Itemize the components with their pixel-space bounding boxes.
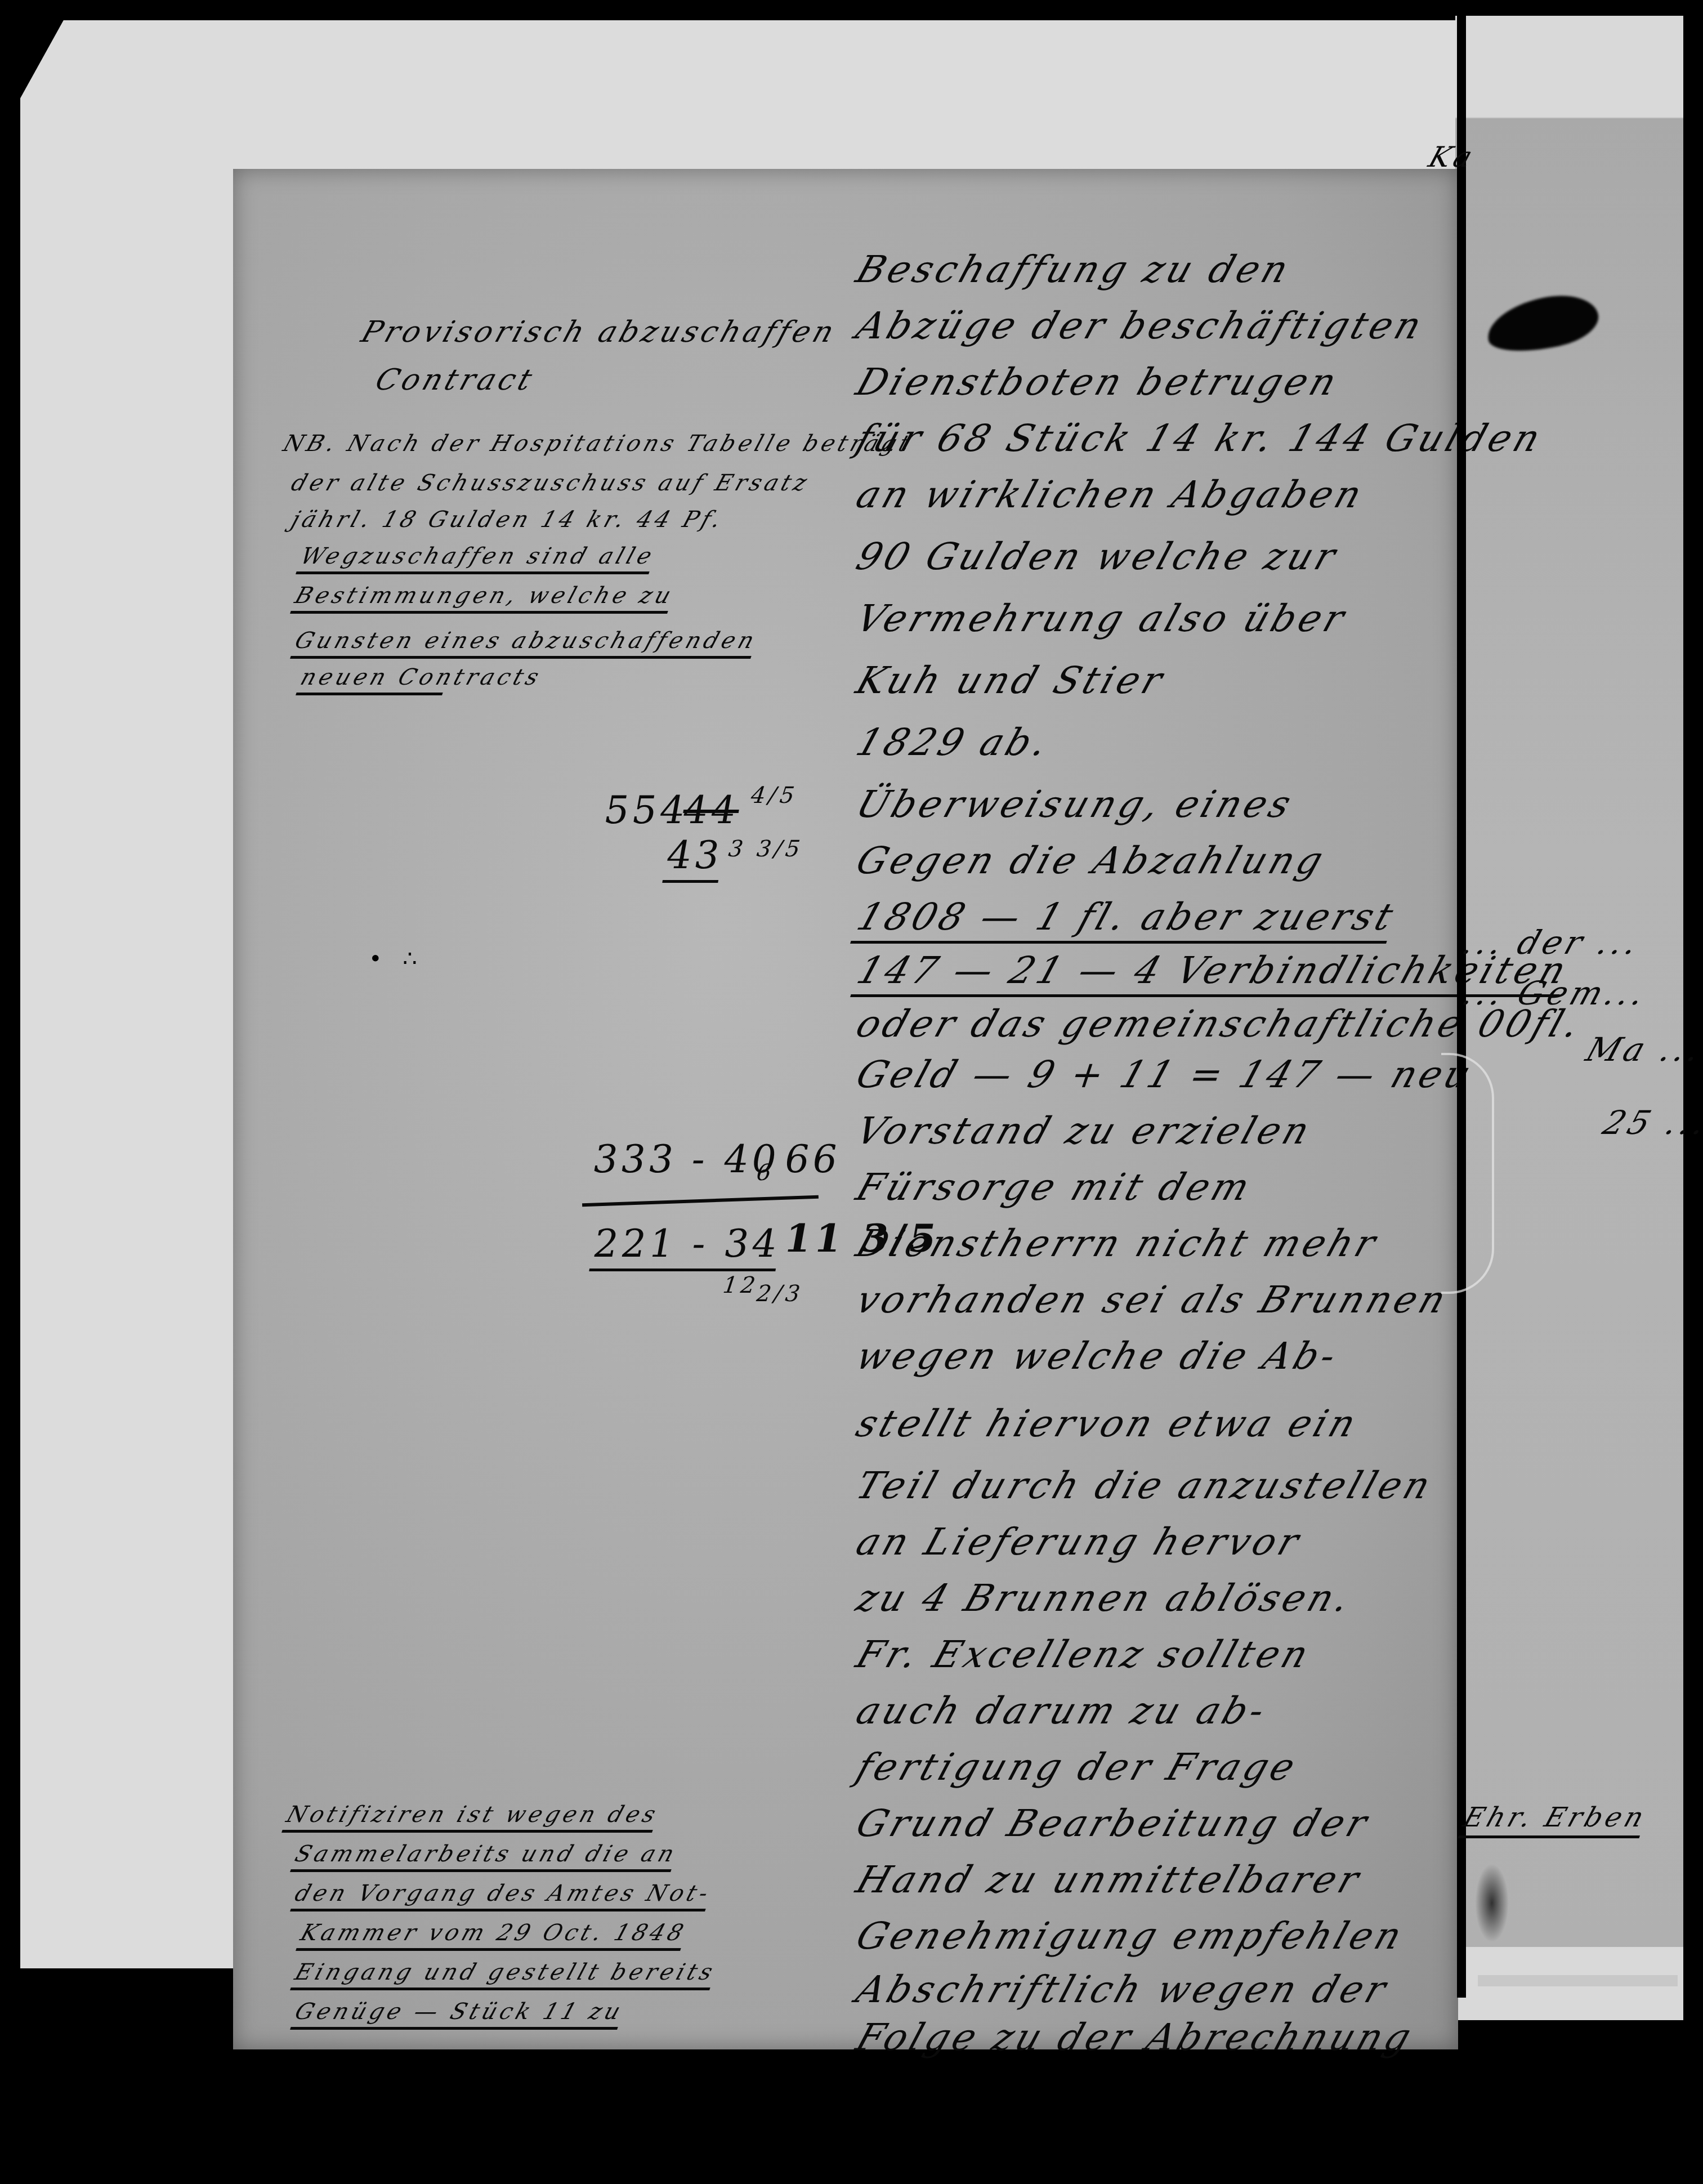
calc-row3-sub-fraction: 2/3 (753, 1281, 807, 1307)
right-line: wegen welche die Ab- (851, 1334, 1344, 1378)
calc-row2-value: 333 - 40 (589, 1137, 783, 1182)
calc-sum-rule (582, 1195, 819, 1207)
calc-row3-value: 221 - 34 (589, 1222, 784, 1271)
right-line: 90 Gulden welche zur (851, 535, 1344, 578)
adjacent-page-edge (1478, 1975, 1678, 1986)
right-line: auch darum zu ab- (851, 1689, 1273, 1732)
right-line: 1829 ab. (851, 721, 1056, 764)
right-line: Gegen die Abzahlung (851, 839, 1331, 882)
bottom-note-line: den Vorgang des Amtes Not- (290, 1881, 715, 1911)
right-line: Dienstherrn nicht mehr (851, 1222, 1384, 1265)
right-line: Vorstand zu erzielen (851, 1109, 1318, 1153)
right-line: Dienstboten betrugen (851, 360, 1345, 404)
right-line: Kuh und Stier (851, 659, 1171, 702)
ink-smudge (1475, 1864, 1509, 1942)
right-line: an Lieferung hervor (851, 1520, 1307, 1564)
right-line: Fr. Excellenz sollten (851, 1633, 1317, 1676)
right-line: an wirklichen Abgaben (851, 473, 1370, 516)
right-line: Überweisung, eines (851, 783, 1299, 826)
right-line: Hand zu unmittelbarer (851, 1858, 1367, 1901)
right-line: Grund Bearbeitung der (851, 1802, 1375, 1845)
paper-fold (1441, 1053, 1494, 1294)
right-line: Abzüge der beschäftigten (851, 304, 1430, 347)
nb-note-line: neuen Contracts (296, 664, 452, 695)
right-line: fertigung der Frage (851, 1745, 1303, 1789)
right-line: Abschriftlich wegen der (851, 1968, 1394, 2011)
strip-margin-note: Ma ... (1581, 1030, 1703, 1069)
right-line: stellt hiervon etwa ein (851, 1402, 1364, 1445)
right-line: 1808 — 1 fl. aber zuerst (850, 895, 1402, 944)
nb-note-line: der alte Schusszuschuss auf Ersatz (288, 470, 814, 496)
right-line: zu 4 Brunnen ablösen. (851, 1576, 1358, 1620)
heading-line-2: Contract (371, 363, 539, 397)
nb-note-line: Wegzuschaffen sind alle (296, 543, 659, 574)
right-line: für 68 Stück 14 kr. 144 Gulden (851, 417, 1549, 460)
calc-row1-struck: 44 (680, 788, 743, 833)
right-line: Teil durch die anzustellen (851, 1464, 1439, 1507)
bottom-note-line: Notifiziren ist wegen des (281, 1802, 662, 1833)
calc-row2-tail: 66 (781, 1137, 844, 1182)
nb-note-line: jährl. 18 Gulden 14 kr. 44 Pf. (288, 507, 728, 533)
right-line: Folge zu der Abrechnung (851, 2016, 1419, 2059)
nb-note-line: NB. Nach der Hospitations Tabelle beträg… (279, 431, 916, 459)
strip-margin-note: 25 ... (1598, 1104, 1703, 1142)
strip-bottom-note: Ehr. Erben (1458, 1802, 1651, 1838)
calc-row1-fraction: 4/5 (747, 783, 802, 809)
calc-row1-total: 554 (601, 788, 692, 833)
right-line: Vermehrung also über (851, 597, 1353, 640)
right-line: vorhanden sei als Brunnen (851, 1278, 1454, 1321)
right-line: Beschaffung zu den (851, 248, 1297, 291)
strip-margin-note: ... der ... (1458, 923, 1646, 962)
heading-line-1: Provisorisch abzuschaffen (357, 315, 841, 349)
bottom-note-line: Kammer vom 29 Oct. 1848 (296, 1920, 690, 1951)
calc-row1-sub: 43 (662, 833, 726, 883)
calc-row1-sub-fraction: 3 3/5 (725, 836, 807, 862)
strip-margin-note: ... Gem... (1458, 974, 1653, 1012)
manuscript-page: Provisorisch abzuschaffen Contract NB. N… (233, 169, 1458, 2049)
bottom-note-line: Sammelarbeits und die an (290, 1841, 681, 1872)
nb-note-line: Gunsten eines abzuschaffenden (290, 628, 761, 659)
right-line: Genehmigung empfehlen (851, 1914, 1410, 1958)
right-line: Fürsorge mit dem (851, 1165, 1258, 1209)
right-line: Geld — 9 + 11 = 147 — neu (851, 1053, 1479, 1096)
bottom-note-line: Genüge — Stück 11 zu (290, 1999, 627, 2030)
nb-note-line: Bestimmungen, welche zu (290, 583, 677, 614)
bottom-note-line: Eingang und gestellt bereits (290, 1959, 719, 1990)
ink-specks: • ∴ (369, 946, 424, 972)
